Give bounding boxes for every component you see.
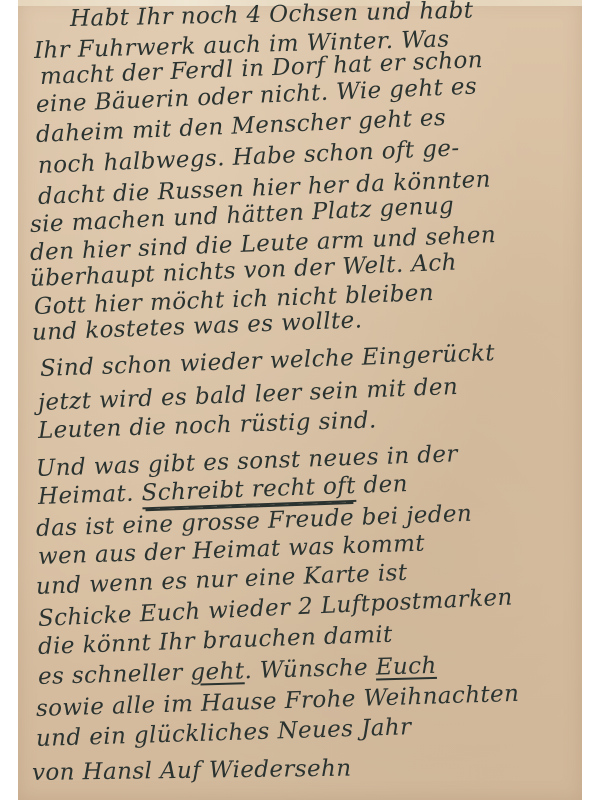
heimat-word: Heimat. <box>38 480 142 510</box>
underlined-schreibt-recht-oft: Schreibt recht oft <box>141 473 356 509</box>
den-word: den <box>355 471 408 499</box>
von-word: von <box>32 759 83 786</box>
underlined-geht: geht <box>190 658 245 685</box>
signature: Hansl <box>82 758 152 785</box>
letter-page: Habt Ihr noch 4 Ochsen und habt Ihr Fuhr… <box>18 0 582 800</box>
letter-line-14: jetzt wird es bald leer sein mit den <box>38 374 459 416</box>
closing: Auf Wiedersehn <box>160 756 352 785</box>
wuensche-word: . Wünsche <box>244 655 376 685</box>
es-schneller-words: es schneller <box>38 660 191 690</box>
letter-line-26: von Hansl Auf Wiedersehn <box>32 756 352 786</box>
underlined-euch: Euch <box>375 653 437 681</box>
